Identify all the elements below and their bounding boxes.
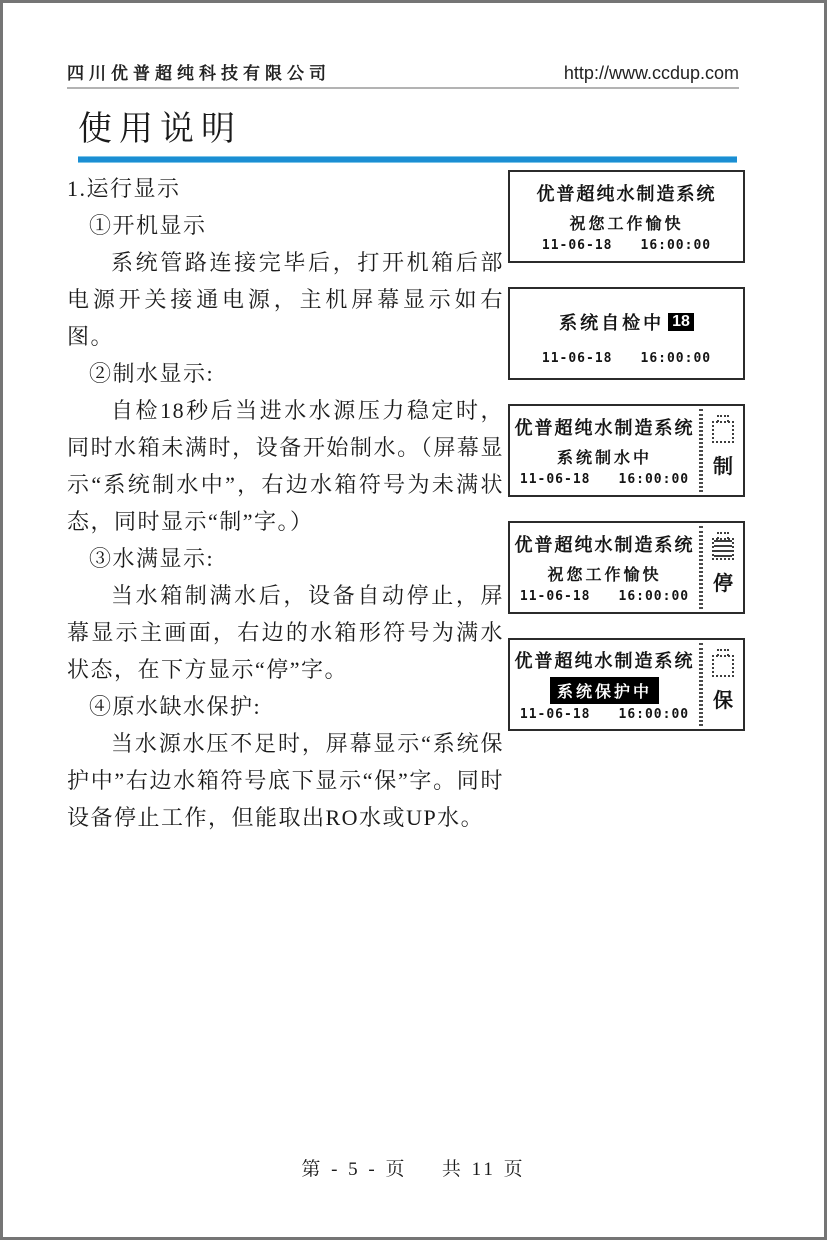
water-tank-empty-icon: [712, 421, 734, 443]
lcd-date: 11-06-18: [542, 238, 613, 253]
page-footer: 第 - 5 - 页 共 11 页: [3, 1154, 824, 1181]
main-content: 1.运行显示 ①开机显示 系统管路连接完毕后，打开机箱后部电源开关接通电源，主机…: [67, 170, 824, 836]
lcd-screen-tank-full: 优普超纯水制造系统 祝您工作愉快 11-06-18 16:00:00 停: [508, 521, 745, 614]
body-text-column: 1.运行显示 ①开机显示 系统管路连接完毕后，打开机箱后部电源开关接通电源，主机…: [67, 170, 504, 836]
title-accent-bar: [78, 156, 737, 163]
lcd-screens-column: 优普超纯水制造系统 祝您工作愉快 11-06-18 16:00:00 系统自检中…: [508, 170, 745, 836]
lcd-time: 16:00:00: [641, 238, 712, 253]
lcd-time: 16:00:00: [619, 589, 690, 604]
lcd-time: 16:00:00: [619, 472, 690, 487]
status-char-protect: 保: [713, 684, 733, 713]
lcd-title: 优普超纯水制造系统: [515, 414, 695, 440]
lcd-screen-self-check: 系统自检中 18 11-06-18 16:00:00: [508, 287, 745, 380]
paragraph-power-on-body: 系统管路连接完毕后，打开机箱后部电源开关接通电源，主机屏幕显示如右图。: [67, 244, 504, 355]
lcd-screen-welcome: 优普超纯水制造系统 祝您工作愉快 11-06-18 16:00:00: [508, 170, 745, 263]
lcd-screen-making-water: 优普超纯水制造系统 系统制水中 11-06-18 16:00:00 制: [508, 404, 745, 497]
lcd-date: 11-06-18: [542, 351, 613, 366]
lcd-screen-protection: 优普超纯水制造系统 系统保护中 11-06-18 16:00:00 保: [508, 638, 745, 731]
paragraph-making-water-heading: ②制水显示:: [67, 355, 504, 392]
company-name: 四川优普超纯科技有限公司: [67, 59, 331, 84]
manual-page: 四川优普超纯科技有限公司 http://www.ccdup.com 使用说明 1…: [0, 0, 827, 1240]
paragraph-making-water-body: 自检18秒后当进水水源压力稳定时，同时水箱未满时，设备开始制水。（屏幕显示“系统…: [67, 392, 504, 540]
status-char-making: 制: [713, 450, 733, 479]
lcd-message: 祝您工作愉快: [547, 562, 661, 585]
lcd-message: 系统制水中: [557, 445, 652, 468]
paragraph-tank-full-body: 当水箱制满水后，设备自动停止，屏幕显示主画面，右边的水箱形符号为满水状态，在下方…: [67, 577, 504, 688]
lcd-date: 11-06-18: [520, 589, 591, 604]
lcd-time: 16:00:00: [619, 707, 690, 722]
lcd-datetime: 11-06-18 16:00:00: [520, 589, 689, 604]
countdown-value: 18: [668, 313, 694, 331]
paragraph-tank-full-heading: ③水满显示:: [67, 540, 504, 577]
page-total: 共 11 页: [442, 1159, 526, 1180]
lcd-datetime: 11-06-18 16:00:00: [520, 472, 689, 487]
lcd-message: 系统自检中: [559, 309, 664, 335]
lcd-title: 优普超纯水制造系统: [537, 180, 717, 206]
paragraph-power-on-heading: ①开机显示: [67, 207, 504, 244]
lcd-date: 11-06-18: [520, 707, 591, 722]
lcd-time: 16:00:00: [641, 351, 712, 366]
page-header: 四川优普超纯科技有限公司 http://www.ccdup.com: [67, 3, 739, 84]
company-url: http://www.ccdup.com: [564, 63, 739, 84]
lcd-title: 优普超纯水制造系统: [515, 531, 695, 557]
lcd-message-inverted: 系统保护中: [550, 677, 659, 704]
lcd-date: 11-06-18: [520, 472, 591, 487]
lcd-datetime: 11-06-18 16:00:00: [542, 238, 711, 253]
paragraph-protection-heading: ④原水缺水保护:: [67, 688, 504, 725]
lcd-datetime: 11-06-18 16:00:00: [520, 707, 689, 722]
water-tank-empty-icon: [712, 655, 734, 677]
lcd-message: 祝您工作愉快: [569, 211, 683, 234]
page-title: 使用说明: [78, 101, 824, 150]
water-tank-full-icon: [712, 538, 734, 560]
page-number: 第 - 5 - 页: [301, 1159, 407, 1180]
header-rule: [67, 87, 739, 89]
status-char-stopped: 停: [713, 567, 733, 596]
section-heading: 1.运行显示: [67, 170, 504, 207]
lcd-datetime: 11-06-18 16:00:00: [542, 351, 711, 374]
paragraph-protection-body: 当水源水压不足时，屏幕显示“系统保护中”右边水箱符号底下显示“保”字。同时设备停…: [67, 725, 504, 836]
lcd-title: 优普超纯水制造系统: [515, 647, 695, 673]
